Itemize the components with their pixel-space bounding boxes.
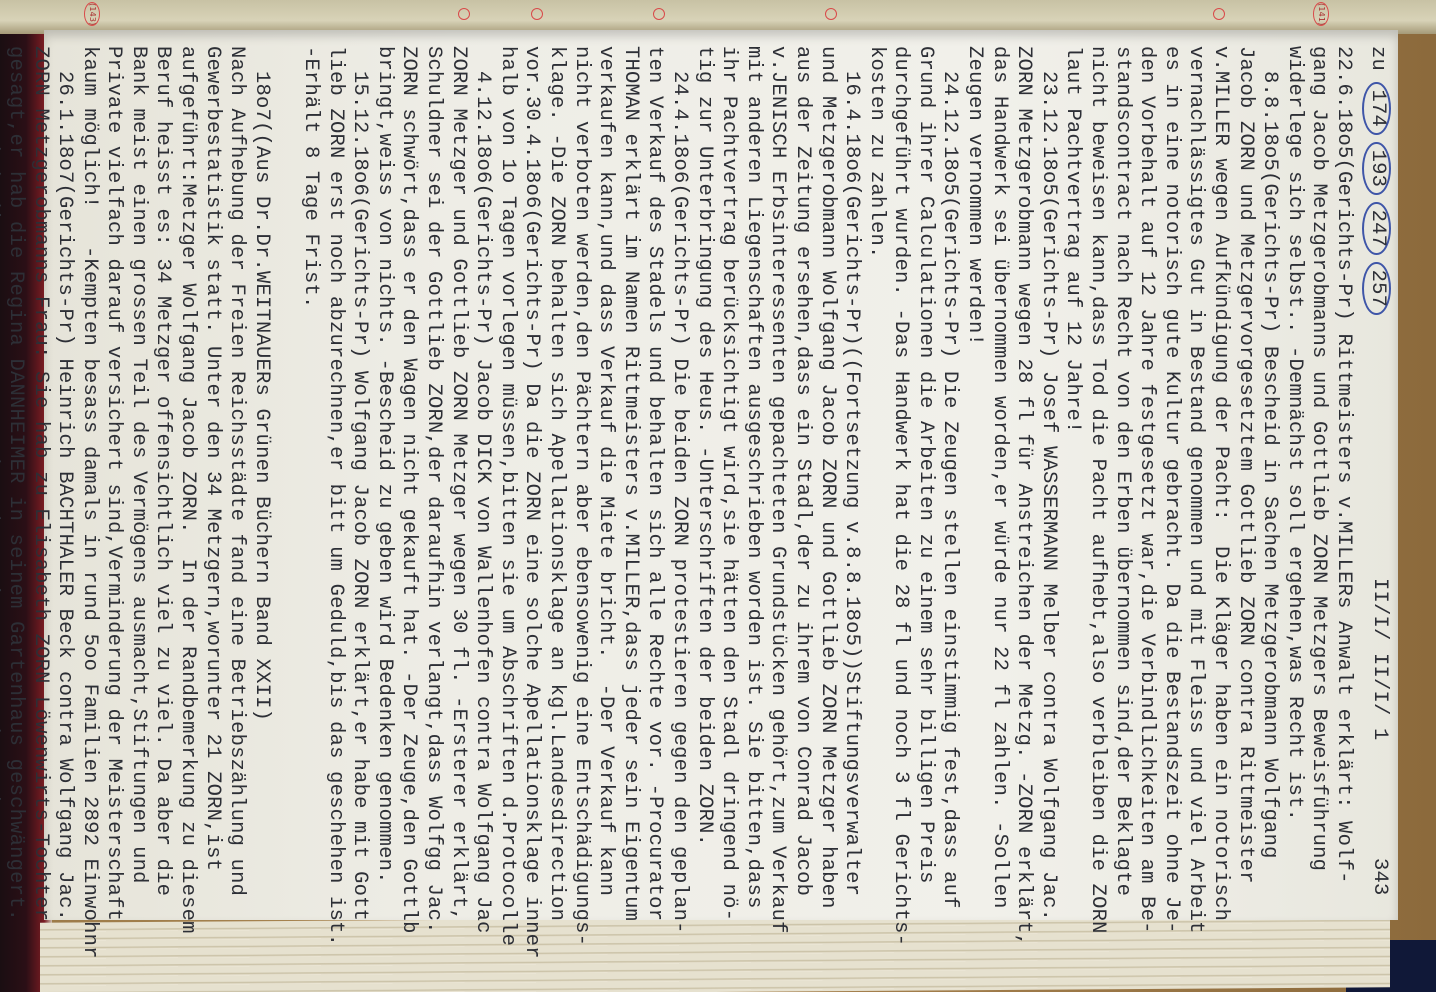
- text-line: 15.12.18o6(Gerichts-Pr) Wolfgang Jacob Z…: [347, 46, 372, 898]
- text-line: kaum möglich! -Kempten besass damals in …: [76, 46, 101, 898]
- margin-dot-marker: [653, 8, 665, 20]
- text-line: laut Pachtvertrag auf 12 Jahre!: [1060, 46, 1085, 898]
- text-line: ihr Pachtvertrag berücksichtigt wird,sie…: [716, 46, 741, 898]
- text-line: kosten zu zahlen.: [863, 46, 888, 898]
- text-line: gesagt,er hab die Regina DANNHEIMER in s…: [2, 46, 27, 898]
- text-line: Gewerbestatistik statt. Unter den 34 Met…: [199, 46, 224, 898]
- typewritten-page: zu 174 193 247 257 II/I/ II/I/ 1 343 (14…: [55, 38, 1395, 898]
- text-line: halb von 1o Tagen vorlegen müssen,bitten…: [494, 46, 519, 898]
- text-line: 26.1.18o7(Gerichts-Pr) Heinrich BACHTHAL…: [52, 46, 77, 898]
- margin-annotation-circled: (143): [84, 2, 100, 26]
- text-line: den Vorbehalt auf 12 Jahre festgesetzt w…: [1134, 46, 1159, 898]
- text-line: 24.12.18o5(Gerichts-Pr) Die Zeugen stell…: [937, 46, 962, 898]
- text-line: aus der Zeitung ersehen,dass ein Stadl,d…: [789, 46, 814, 898]
- text-line: mit anderen Liegenschaften ausgeschriebe…: [740, 46, 765, 898]
- margin-dot-marker: [1213, 8, 1225, 20]
- page-number: 343: [1366, 858, 1391, 896]
- text-line: [273, 46, 298, 898]
- text-line: THOMAN erklärt im Namen Rittmeisters v.M…: [617, 46, 642, 898]
- text-line: Nach Aufhebung der Freien Reichsstädte f…: [224, 46, 249, 898]
- text-line: vor.30.4.18o6(Gerichts-Pr) Da die ZORN e…: [519, 46, 544, 898]
- text-line: durchgeführt wurden. -Das Handwerk hat d…: [888, 46, 913, 898]
- text-line: 18o7((Aus Dr.Dr.WEITNAUERs Grünen Bücher…: [248, 46, 273, 898]
- cross-reference: zu 174 193 247 257: [1362, 46, 1391, 315]
- text-line: gang Jacob Metzgerobmanns und Gottlieb Z…: [1306, 46, 1331, 898]
- text-line: und Metzgerobmann Wolfgang Jacob ZORN un…: [814, 46, 839, 898]
- text-line: nicht verboten werden,den Pächtern aber …: [568, 46, 593, 898]
- text-line: 24.4.18o6(Gerichts-Pr) Die beiden ZORN p…: [666, 46, 691, 898]
- text-line: Beruf heisst es: 34 Metzger offensichtli…: [150, 46, 175, 898]
- text-line: Jacob ZORN und Metzgervorgesetztem Gottl…: [1232, 46, 1257, 898]
- text-line: aufgeführt:Metzger Wolfgang Jacob ZORN. …: [175, 46, 200, 898]
- text-line: Grund ihrer Calculationen die Arbeiten z…: [912, 46, 937, 898]
- document-code: II/I/ II/I/ 1: [1366, 578, 1391, 741]
- reference-number: 193: [1362, 142, 1391, 196]
- text-line: v.JENISCH Erbsinteressenten gepachteten …: [765, 46, 790, 898]
- text-line: -Erhält 8 Tage Frist.: [297, 46, 322, 898]
- text-line: ten Verkauf des Stadels und behalten sic…: [642, 46, 667, 898]
- text-line: 23.12.18o5(Gerichts-Pr) Josef WASSERMANN…: [1035, 46, 1060, 898]
- text-line: standscontract nach Recht von den Erben …: [1109, 46, 1134, 898]
- text-line: Schuldner sei der Gottlieb ZORN,der dara…: [420, 46, 445, 898]
- reference-number: 174: [1362, 82, 1391, 136]
- margin-dot-marker: [531, 8, 543, 20]
- margin-dot-marker: [458, 8, 470, 20]
- text-line: klage. -Die ZORN behalten sich Apellatio…: [543, 46, 568, 898]
- text-line: 16.4.18o6(Gerichts-Pr)((Fortsetzung v.8.…: [839, 46, 864, 898]
- text-line: lieb ZORN erst noch abzurechnen,er bitt …: [322, 46, 347, 898]
- text-line: es in eine notorisch gute Kultur gebrach…: [1158, 46, 1183, 898]
- text-line: das Handwerk sei übernommen worden,er wü…: [986, 46, 1011, 898]
- text-line: Zeugen vernommen werden!: [962, 46, 987, 898]
- text-line: Bank meist einen grossen Teil des Vermög…: [125, 46, 150, 898]
- margin-dot-marker: [825, 8, 837, 20]
- margin-annotation-circled: (141): [1313, 2, 1329, 26]
- text-line: bringt,weiss von nichts. -Bescheid zu ge…: [371, 46, 396, 898]
- reference-number: 257: [1362, 262, 1391, 316]
- text-line: nicht beweisen kann,dass Tod die Pacht a…: [1084, 46, 1109, 898]
- reference-prefix: zu: [1366, 46, 1389, 71]
- text-line: 4.12.18o6(Gerichts-Pr) Jacob DICK von Wa…: [470, 46, 495, 898]
- text-line: vernachlässigtes Gut in Bestand genommen…: [1183, 46, 1208, 898]
- text-line: verkaufen kann,und dass Verkauf die Miet…: [593, 46, 618, 898]
- text-line: 22.6.18o5(Gerichts-Pr) Rittmeisters v.MI…: [1330, 46, 1355, 898]
- text-line: Private vielfach darauf versichert sind,…: [101, 46, 126, 898]
- reference-number: 247: [1362, 202, 1391, 256]
- text-line: Dagegen hab die DANNHEIMER zugegeben,das…: [0, 46, 2, 898]
- document-body: (141) (143) 22.6.18o5(Gerichts-Pr) Rittm…: [0, 38, 1355, 898]
- text-line: v.MILLER wegen Aufkündigung der Pacht: D…: [1207, 46, 1232, 898]
- text-line: ZORN schwört,dass er den Wagen nicht gek…: [396, 46, 421, 898]
- text-line: tig zur Unterbringung des Heus. -Untersc…: [691, 46, 716, 898]
- page-header: zu 174 193 247 257 II/I/ II/I/ 1 343: [1355, 38, 1395, 898]
- text-line: widerlege sich selbst.. -Demnächst soll …: [1281, 46, 1306, 898]
- text-line: ZORN Metzger und Gottlieb ZORN Metzger w…: [445, 46, 470, 898]
- text-line: ZORN Metzgerobmann wegen 28 fl für Anstr…: [1011, 46, 1036, 898]
- text-line: ZORN Metzgerobmanns Frau: Sie hab zu Eli…: [27, 46, 52, 898]
- text-line: 8.8.18o5(Gerichts-Pr) Bescheid in Sachen…: [1257, 46, 1282, 898]
